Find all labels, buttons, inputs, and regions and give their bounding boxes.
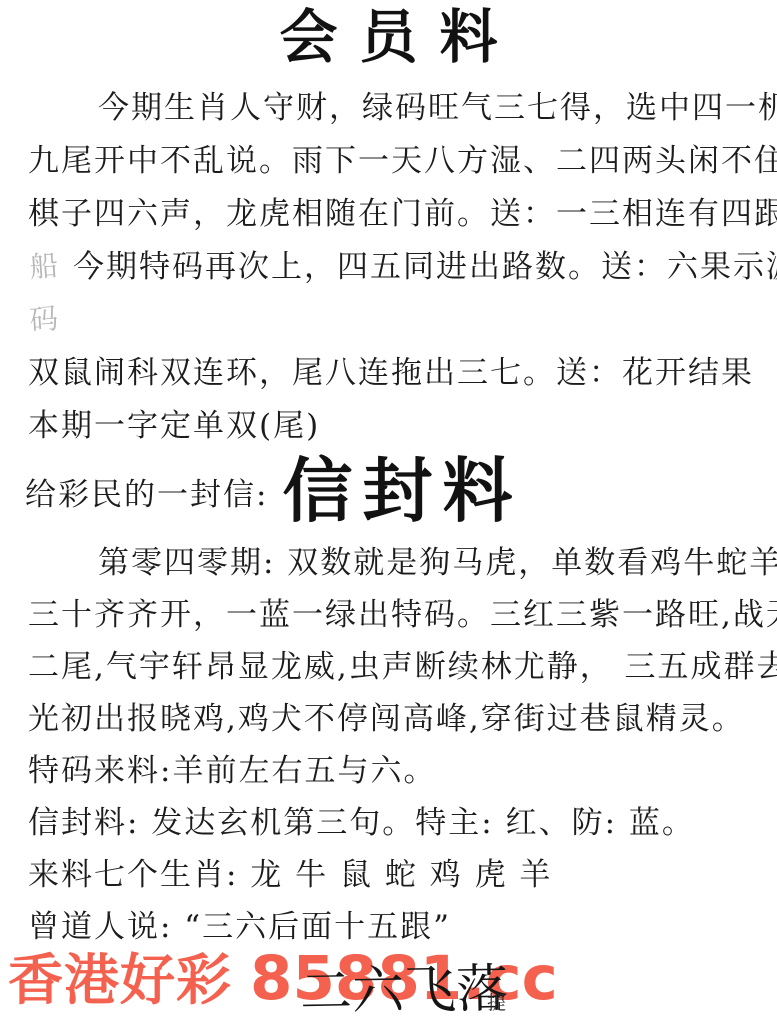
handwritten-small-character: 提 xyxy=(487,988,506,1015)
member-line: 码 xyxy=(0,290,777,343)
member-line: 九尾开中不乱说。雨下一天八方湿、二四两头闲不住，指敲 xyxy=(0,131,777,184)
envelope-line: 信封料: 发达玄机第三句。特主: 红、防: 蓝。 xyxy=(0,793,777,845)
watermark-brand: 香港好彩 xyxy=(8,947,232,1013)
member-line-text: 双鼠闹科双连环，尾八连拖出三七。送：花开结果 xyxy=(28,347,754,392)
envelope-line: 三十齐齐开，一蓝一绿出特码。三红三紫一路旺,战无不胜一 xyxy=(0,585,777,637)
envelope-section: 给彩民的一封信: 信封料 第零四零期: 双数就是狗马虎，单数看鸡牛蛇羊，二九 三… xyxy=(0,449,777,949)
envelope-line-text: 三十齐齐开，一蓝一绿出特码。三红三紫一路旺,战无不胜一 xyxy=(28,589,777,634)
member-line: 今期生肖人守财，绿码旺气三七得，选中四一机会大， xyxy=(0,78,777,131)
envelope-line: 特码来料:羊前左右五与六。 xyxy=(0,741,777,793)
envelope-title: 信封料 xyxy=(282,456,522,526)
envelope-line: 二尾,气宇轩昂显龙威,虫声断续林尤静， 三五成群去学艺,日 xyxy=(0,637,777,689)
member-line-text: 本期一字定单双(尾) xyxy=(28,400,320,445)
faded-print-character: 码 xyxy=(28,295,61,338)
watermark-footer: 香港好彩 85881.cc 二六飞落 提 xyxy=(8,946,777,1020)
envelope-line-text: 信封料: 发达玄机第三句。特主: 红、防: 蓝。 xyxy=(28,797,695,842)
envelope-intro-label: 给彩民的一封信: xyxy=(25,469,268,514)
envelope-line: 第零四零期: 双数就是狗马虎，单数看鸡牛蛇羊，二九 xyxy=(0,533,777,585)
envelope-line: 来料七个生肖: 龙 牛 鼠 蛇 鸡 虎 羊 xyxy=(0,845,777,897)
member-line: 本期一字定单双(尾) xyxy=(0,396,777,449)
envelope-line-text: 来料七个生肖: 龙 牛 鼠 蛇 鸡 虎 羊 xyxy=(28,849,552,894)
member-line: 双鼠闹科双连环，尾八连拖出三七。送：花开结果 xyxy=(0,343,777,396)
envelope-header: 给彩民的一封信: 信封料 xyxy=(0,449,777,533)
envelope-line-text: 第零四零期: 双数就是狗马虎，单数看鸡牛蛇羊，二九 xyxy=(98,537,777,582)
member-line-text: 今期特码再次上，四五同进出路数。送：六果示波有特 xyxy=(73,241,777,286)
envelope-line-text: 曾道人说: “三六后面十五跟” xyxy=(28,901,451,946)
member-line: 棋子四六声，龙虎相随在门前。送：一三相连有四跟。 xyxy=(0,184,777,237)
envelope-line: 曾道人说: “三六后面十五跟” xyxy=(0,897,777,949)
envelope-line-text: 光初出报晓鸡,鸡犬不停闯高峰,穿街过巷鼠精灵。 xyxy=(28,693,745,738)
faded-print-character: 船 xyxy=(28,242,61,285)
member-line-text: 棋子四六声，龙虎相随在门前。送：一三相连有四跟。 xyxy=(28,188,777,233)
envelope-line: 光初出报晓鸡,鸡犬不停闯高峰,穿街过巷鼠精灵。 xyxy=(0,689,777,741)
member-section: 会员料 今期生肖人守财，绿码旺气三七得，选中四一机会大， 九尾开中不乱说。雨下一… xyxy=(0,0,777,449)
envelope-line-text: 二尾,气宇轩昂显龙威,虫声断续林尤静， 三五成群去学艺,日 xyxy=(28,641,777,686)
handwritten-overlay: 二六飞落 xyxy=(299,946,508,1024)
member-line: 船 今期特码再次上，四五同进出路数。送：六果示波有特 xyxy=(0,237,777,290)
envelope-line-text: 特码来料:羊前左右五与六。 xyxy=(28,745,436,790)
scanned-tip-sheet: 会员料 今期生肖人守财，绿码旺气三七得，选中四一机会大， 九尾开中不乱说。雨下一… xyxy=(0,0,777,1024)
member-line-text: 今期生肖人守财，绿码旺气三七得，选中四一机会大， xyxy=(98,82,777,127)
member-line-text: 九尾开中不乱说。雨下一天八方湿、二四两头闲不住，指敲 xyxy=(28,135,777,180)
member-title: 会员料 xyxy=(0,0,777,78)
